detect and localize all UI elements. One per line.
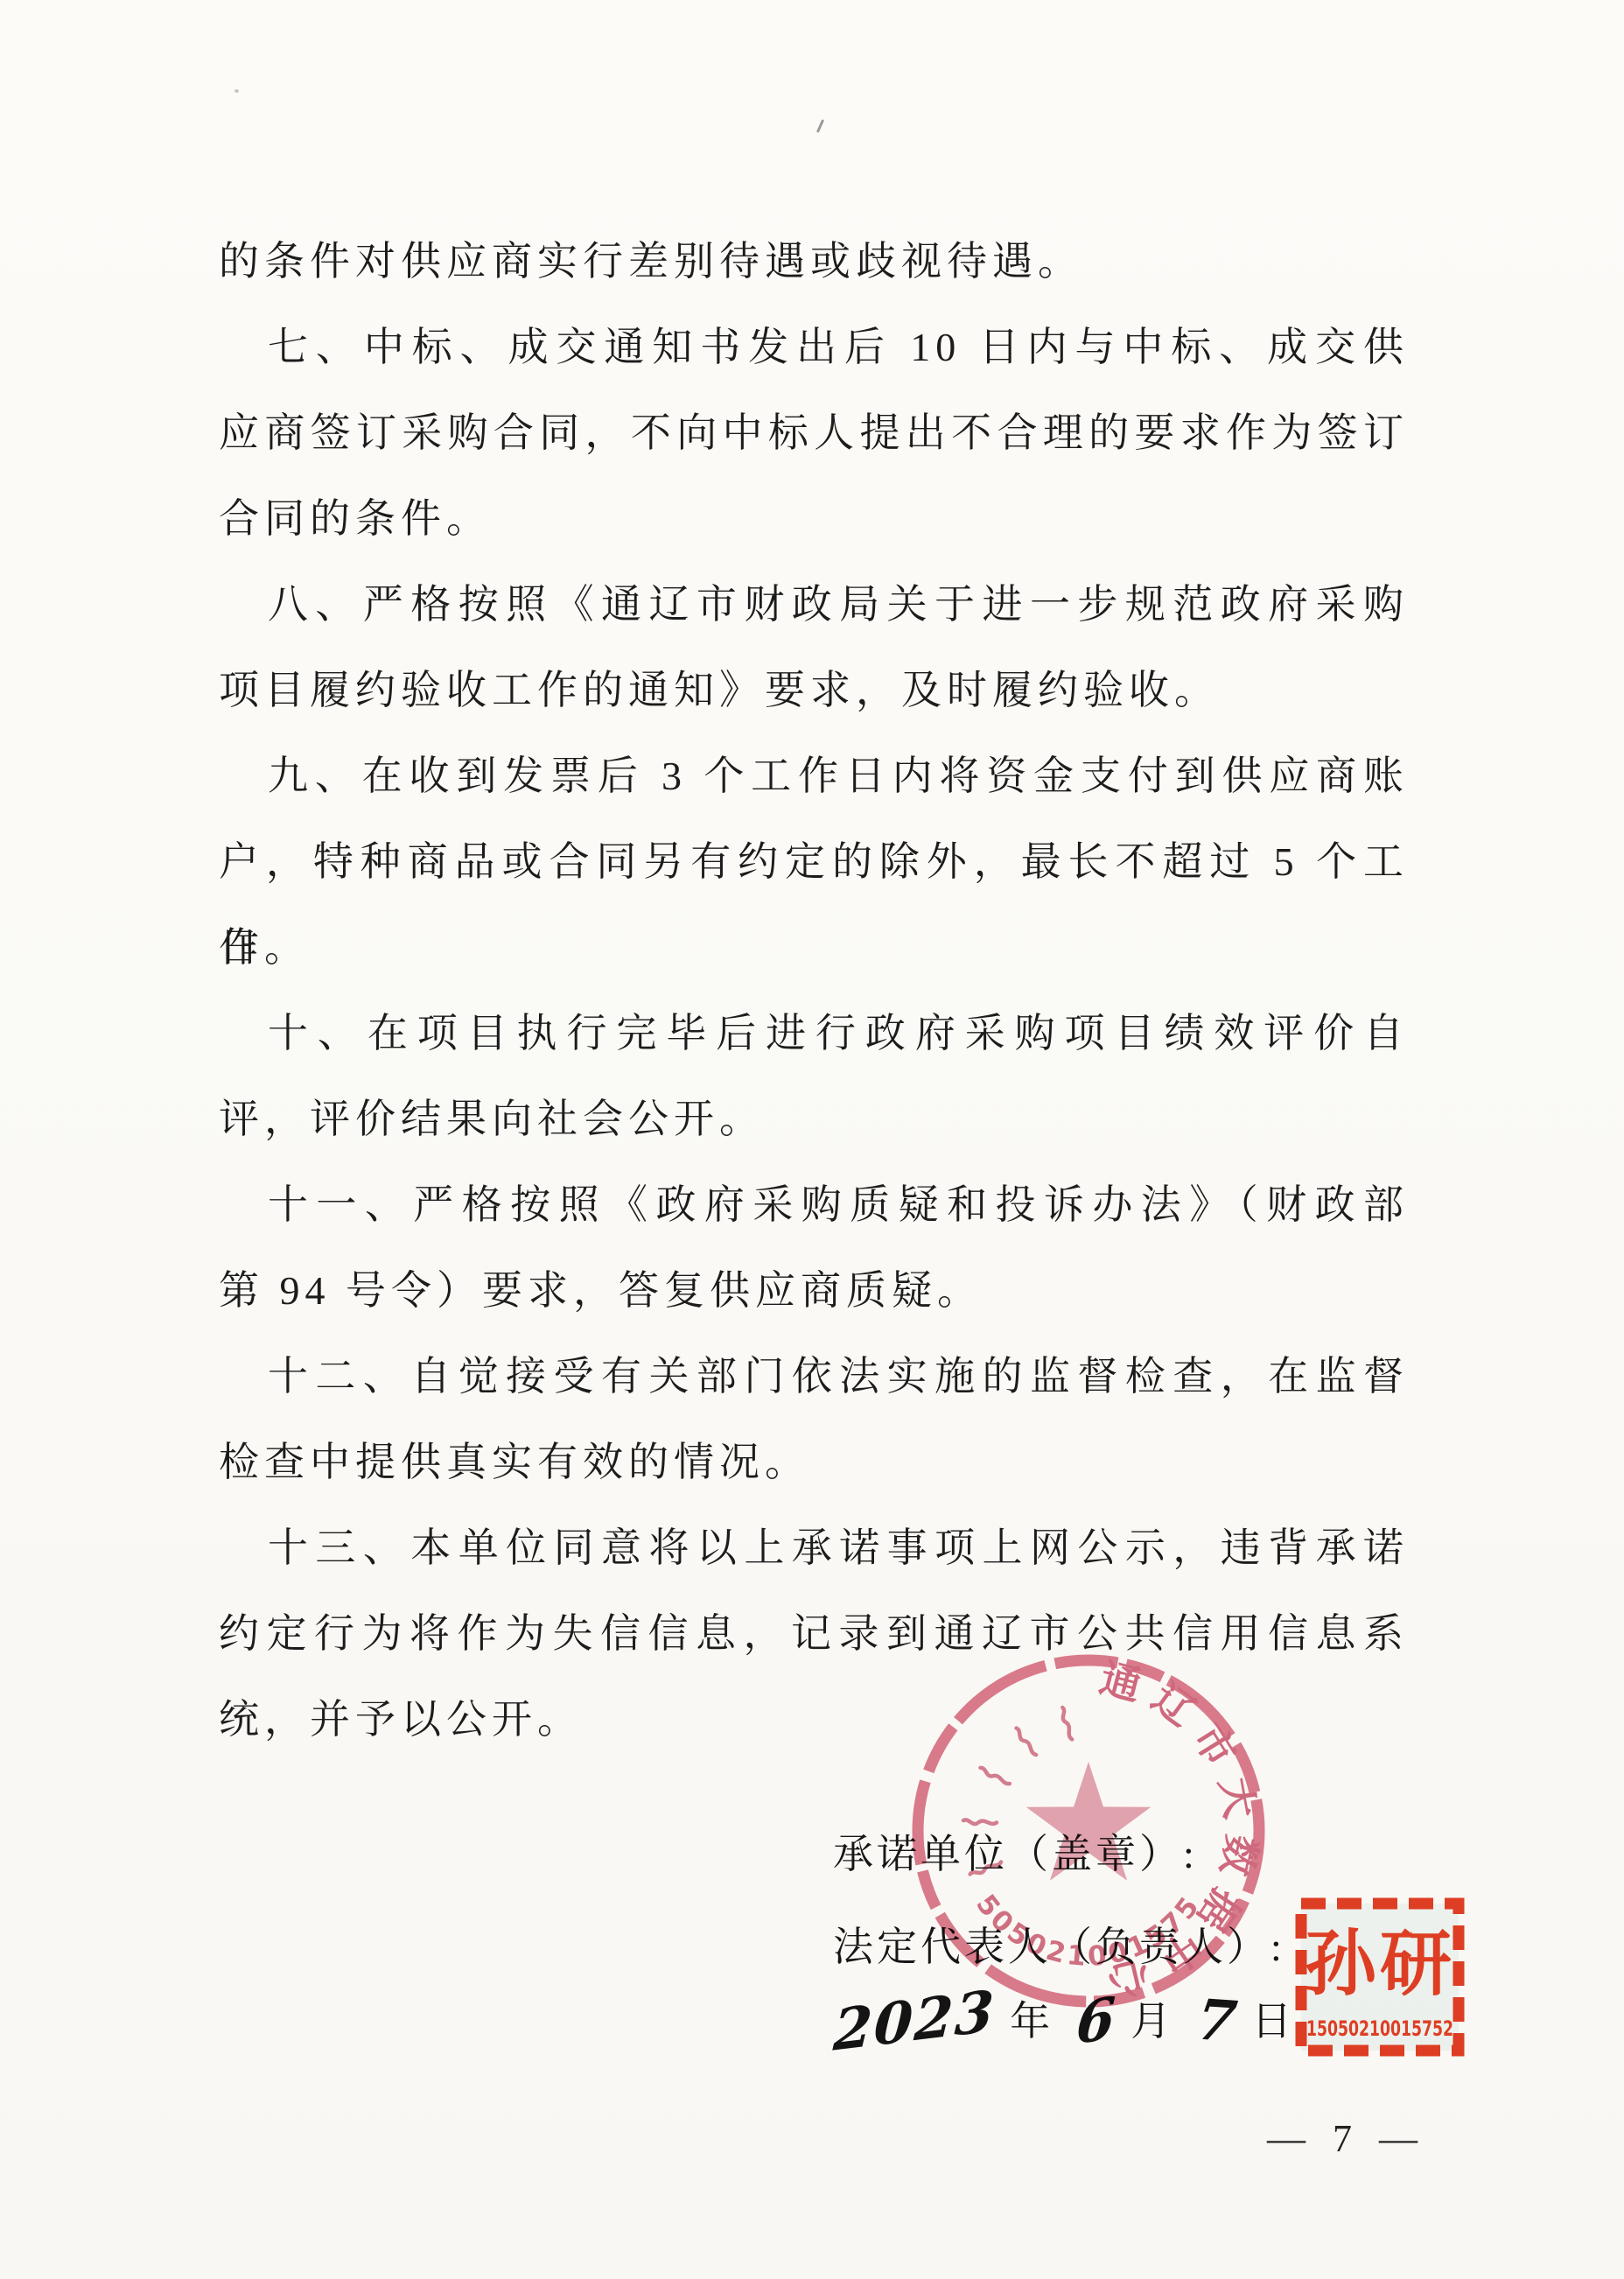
text-line: 八、严格按照《通辽市财政局关于进一步规范政府采购 <box>219 562 1409 648</box>
text-line: 十二、自觉接受有关部门依法实施的监督检查，在监督 <box>219 1334 1409 1420</box>
text-line: 十三、本单位同意将以上承诺事项上网公示，违背承诺 <box>219 1505 1409 1591</box>
text-line: 十、在项目执行完毕后进行政府采购项目绩效评价自 <box>219 991 1409 1076</box>
seal-star-icon <box>1026 1762 1151 1881</box>
square-name-seal: 孙研 15050210015752 <box>1293 1896 1466 2058</box>
text-line: 九、在收到发票后 3 个工作日内将资金支付到供应商账 <box>219 733 1409 819</box>
text-line: 应商签订采购合同，不向中标人提出不合理的要求作为签订 <box>219 390 1409 476</box>
round-official-seal: 通辽市大数据中心 15050210015750 <box>899 1642 1277 2020</box>
text-line: 的条件对供应商实行差别待遇或歧视待遇。 <box>219 219 1409 305</box>
text-line: 评，评价结果向社会公开。 <box>219 1076 1409 1162</box>
text-line: 项目履约验收工作的通知》要求，及时履约验收。 <box>219 648 1409 733</box>
text-line: 检查中提供真实有效的情况。 <box>219 1420 1409 1505</box>
scanned-document-page: 的条件对供应商实行差别待遇或歧视待遇。七、中标、成交通知书发出后 10 日内与中… <box>0 0 1624 2279</box>
text-line: 七、中标、成交通知书发出后 10 日内与中标、成交供 <box>219 305 1409 390</box>
document-body-text: 的条件对供应商实行差别待遇或歧视待遇。七、中标、成交通知书发出后 10 日内与中… <box>219 219 1409 1763</box>
page-number: — 7 — <box>1267 2116 1426 2161</box>
seal-mongolian-script <box>963 1707 1073 1876</box>
name-seal-number: 15050210015752 <box>1306 2016 1453 2041</box>
name-seal-name: 孙研 <box>1305 1925 1455 2004</box>
text-line: 合同的条件。 <box>219 476 1409 562</box>
text-line: 十一、严格按照《政府采购质疑和投诉办法》（财政部 <box>219 1162 1409 1248</box>
scan-mark <box>816 119 824 133</box>
text-line: 户，特种商品或合同另有约定的除外，最长不超过 5 个工作 <box>219 819 1409 905</box>
text-line: 第 94 号令）要求，答复供应商质疑。 <box>219 1248 1409 1334</box>
text-line: 日。 <box>219 905 1409 991</box>
scan-speck <box>234 89 239 93</box>
